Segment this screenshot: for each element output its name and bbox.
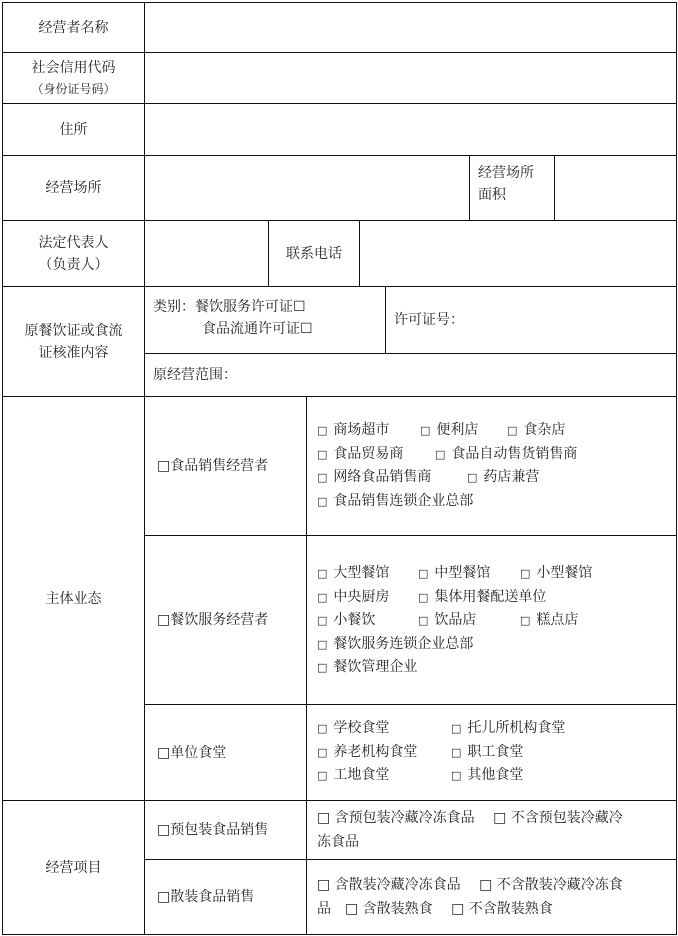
main-business-label-text: 主体业态 bbox=[46, 588, 102, 610]
canteen-label: □单位食堂 bbox=[157, 742, 226, 764]
option-label: 商场超市 bbox=[333, 422, 389, 438]
option-label: 其他食堂 bbox=[467, 767, 523, 783]
option-small-eatery[interactable]: □小餐饮 bbox=[317, 609, 418, 633]
prepackaged-sales-checkbox[interactable]: □预包装食品销售 bbox=[144, 800, 307, 860]
premises-area-label-line2: 面积 bbox=[478, 184, 546, 206]
option-bakery[interactable]: □糕点店 bbox=[520, 609, 578, 633]
original-license-label: 原餐饮证或食流 证核准内容 bbox=[2, 286, 145, 397]
option-label: 养老机构食堂 bbox=[333, 744, 417, 760]
original-scope-label: 原经营范围： bbox=[153, 364, 237, 386]
checkbox-icon[interactable]: □ bbox=[507, 424, 517, 437]
checkbox-icon[interactable]: □ bbox=[317, 746, 327, 759]
option-nursery-canteen[interactable]: □托儿所机构食堂 bbox=[451, 717, 565, 741]
option-label: 托儿所机构食堂 bbox=[467, 720, 565, 736]
bulk-sales-label: □散装食品销售 bbox=[157, 886, 254, 908]
option-label: 餐饮管理企业 bbox=[333, 659, 417, 675]
catering-options: □大型餐馆□中型餐馆□小型餐馆 □中央厨房□集体用餐配送单位 □小餐饮□饮品店□… bbox=[306, 535, 677, 705]
option-row: □大型餐馆□中型餐馆□小型餐馆 bbox=[317, 562, 666, 586]
option-chain-hq[interactable]: □食品销售连锁企业总部 bbox=[317, 490, 473, 514]
checkbox-icon[interactable]: □ bbox=[451, 722, 461, 735]
catering-operator-label: □餐饮服务经营者 bbox=[157, 609, 268, 631]
checkbox-icon[interactable]: □ bbox=[317, 591, 327, 604]
license-number-label: 许可证号： bbox=[394, 309, 464, 331]
premises-area-label: 经营场所 面积 bbox=[469, 155, 555, 221]
residence-label: 住所 bbox=[2, 103, 145, 156]
option-label: 食品自动售货销售商 bbox=[451, 446, 577, 462]
option-row: □养老机构食堂□职工食堂 bbox=[317, 741, 666, 765]
option-staff-canteen[interactable]: □职工食堂 bbox=[451, 741, 523, 765]
checkbox-icon[interactable]: □ bbox=[451, 746, 461, 759]
checkbox-icon[interactable]: □ bbox=[451, 769, 461, 782]
prepackaged-options-line1[interactable]: □ 含预包装冷藏冷冻食品 □ 不含预包装冷藏冷 bbox=[317, 807, 666, 831]
option-pharmacy[interactable]: □药店兼营 bbox=[467, 466, 539, 490]
credit-code-label: 社会信用代码 （身份证号码） bbox=[2, 52, 145, 104]
credit-code-field[interactable] bbox=[144, 52, 677, 104]
category-option-food-circulation[interactable]: 食品流通许可证☐ bbox=[202, 321, 313, 337]
option-supermarket[interactable]: □商场超市 bbox=[317, 419, 420, 443]
option-construction-canteen[interactable]: □工地食堂 bbox=[317, 764, 451, 788]
checkbox-icon[interactable]: □ bbox=[317, 661, 327, 674]
checkbox-icon[interactable]: □ bbox=[317, 638, 327, 651]
main-business-label: 主体业态 bbox=[2, 396, 145, 801]
legal-rep-label: 法定代表人 （负责人） bbox=[2, 220, 145, 287]
option-catering-management[interactable]: □餐饮管理企业 bbox=[317, 656, 417, 680]
option-meal-delivery[interactable]: □集体用餐配送单位 bbox=[418, 586, 546, 610]
option-label: 职工食堂 bbox=[467, 744, 523, 760]
bulk-options[interactable]: □ 含散装冷藏冷冻食品 □ 不含散装冷藏冷冻食 品 □ 含散装熟食 □ 不含散装… bbox=[306, 859, 677, 935]
residence-label-text: 住所 bbox=[60, 119, 88, 141]
phone-field[interactable] bbox=[359, 220, 677, 287]
business-project-label: 经营项目 bbox=[2, 800, 145, 935]
option-label: 集体用餐配送单位 bbox=[434, 589, 546, 605]
option-row: □食品销售连锁企业总部 bbox=[317, 490, 666, 514]
option-large-restaurant[interactable]: □大型餐馆 bbox=[317, 562, 418, 586]
option-label: 大型餐馆 bbox=[333, 565, 389, 581]
option-label: 学校食堂 bbox=[333, 720, 389, 736]
legal-rep-label-line2: （负责人） bbox=[39, 254, 109, 276]
checkbox-icon[interactable]: □ bbox=[520, 614, 530, 627]
checkbox-icon[interactable]: □ bbox=[435, 448, 445, 461]
option-label: 工地食堂 bbox=[333, 767, 389, 783]
residence-field[interactable] bbox=[144, 103, 677, 156]
prepackaged-sales-label: □预包装食品销售 bbox=[157, 819, 268, 841]
option-label: 中型餐馆 bbox=[434, 565, 490, 581]
option-row: □工地食堂□其他食堂 bbox=[317, 764, 666, 788]
prepackaged-options[interactable]: □ 含预包装冷藏冷冻食品 □ 不含预包装冷藏冷 冻食品 bbox=[306, 800, 677, 860]
option-beverage-shop[interactable]: □饮品店 bbox=[418, 609, 520, 633]
option-food-trader[interactable]: □食品贸易商 bbox=[317, 443, 435, 467]
canteen-checkbox[interactable]: □单位食堂 bbox=[144, 704, 307, 801]
checkbox-icon[interactable]: □ bbox=[317, 567, 327, 580]
option-label: 网络食品销售商 bbox=[333, 469, 431, 485]
checkbox-icon[interactable]: □ bbox=[467, 471, 477, 484]
option-label: 食品销售连锁企业总部 bbox=[333, 493, 473, 509]
option-vending[interactable]: □食品自动售货销售商 bbox=[435, 443, 577, 467]
option-label: 小餐饮 bbox=[333, 612, 375, 628]
option-row: □学校食堂□托儿所机构食堂 bbox=[317, 717, 666, 741]
food-sales-operator-label: □食品销售经营者 bbox=[157, 455, 268, 477]
option-label: 便利店 bbox=[436, 422, 478, 438]
premises-label: 经营场所 bbox=[2, 155, 145, 221]
option-row: □商场超市□便利店□食杂店 bbox=[317, 419, 666, 443]
catering-operator-checkbox[interactable]: □餐饮服务经营者 bbox=[144, 535, 307, 705]
bulk-options-line1[interactable]: □ 含散装冷藏冷冻食品 □ 不含散装冷藏冷冻食 bbox=[317, 874, 666, 898]
option-row: □中央厨房□集体用餐配送单位 bbox=[317, 586, 666, 610]
option-label: 小型餐馆 bbox=[536, 565, 592, 581]
original-license-label-line1: 原餐饮证或食流 bbox=[25, 320, 123, 342]
operator-name-field[interactable] bbox=[144, 2, 677, 53]
checkbox-icon[interactable]: □ bbox=[317, 471, 327, 484]
option-label: 药店兼营 bbox=[483, 469, 539, 485]
original-scope-field[interactable]: 原经营范围： bbox=[144, 353, 677, 397]
option-row: □餐饮管理企业 bbox=[317, 656, 666, 680]
checkbox-icon[interactable]: □ bbox=[418, 591, 428, 604]
premises-area-field[interactable] bbox=[554, 155, 677, 221]
license-category-line2: 食品流通许可证☐ bbox=[153, 318, 385, 340]
option-online-seller[interactable]: □网络食品销售商 bbox=[317, 466, 467, 490]
checkbox-icon[interactable]: □ bbox=[317, 495, 327, 508]
canteen-options: □学校食堂□托儿所机构食堂 □养老机构食堂□职工食堂 □工地食堂□其他食堂 bbox=[306, 704, 677, 801]
business-project-label-text: 经营项目 bbox=[46, 857, 102, 879]
option-central-kitchen[interactable]: □中央厨房 bbox=[317, 586, 418, 610]
operator-name-label: 经营者名称 bbox=[2, 2, 145, 53]
option-row: □食品贸易商□食品自动售货销售商 bbox=[317, 443, 666, 467]
license-category-line1: 类别：餐饮服务许可证☐ bbox=[153, 296, 385, 318]
food-sales-operator-checkbox[interactable]: □食品销售经营者 bbox=[144, 396, 307, 536]
credit-code-sublabel: （身份证号码） bbox=[31, 79, 115, 99]
checkbox-icon[interactable]: □ bbox=[317, 722, 327, 735]
original-license-label-line2: 证核准内容 bbox=[39, 342, 109, 364]
checkbox-icon[interactable]: □ bbox=[317, 614, 327, 627]
checkbox-icon[interactable]: □ bbox=[520, 567, 530, 580]
checkbox-icon[interactable]: □ bbox=[418, 614, 428, 627]
option-small-restaurant[interactable]: □小型餐馆 bbox=[520, 562, 592, 586]
option-catering-chain-hq[interactable]: □餐饮服务连锁企业总部 bbox=[317, 633, 473, 657]
license-category-cell: 类别：餐饮服务许可证☐ 食品流通许可证☐ bbox=[144, 286, 386, 354]
phone-label: 联系电话 bbox=[268, 220, 360, 287]
option-row: □网络食品销售商□药店兼营 bbox=[317, 466, 666, 490]
checkbox-icon[interactable]: □ bbox=[420, 424, 430, 437]
checkbox-icon[interactable]: □ bbox=[317, 769, 327, 782]
option-label: 糕点店 bbox=[536, 612, 578, 628]
legal-rep-field[interactable] bbox=[144, 220, 269, 287]
option-school-canteen[interactable]: □学校食堂 bbox=[317, 717, 451, 741]
premises-field[interactable] bbox=[144, 155, 470, 221]
option-label: 饮品店 bbox=[434, 612, 476, 628]
option-row: □小餐饮□饮品店□糕点店 bbox=[317, 609, 666, 633]
option-grocery[interactable]: □食杂店 bbox=[507, 419, 565, 443]
legal-rep-label-line1: 法定代表人 bbox=[39, 232, 109, 254]
option-medium-restaurant[interactable]: □中型餐馆 bbox=[418, 562, 520, 586]
credit-code-label-text: 社会信用代码 bbox=[32, 57, 116, 79]
bulk-options-line2[interactable]: 品 □ 含散装熟食 □ 不含散装熟食 bbox=[317, 898, 666, 922]
checkbox-icon[interactable]: □ bbox=[418, 567, 428, 580]
category-option-catering[interactable]: 餐饮服务许可证☐ bbox=[195, 299, 306, 315]
option-row: □餐饮服务连锁企业总部 bbox=[317, 633, 666, 657]
option-label: 食杂店 bbox=[523, 422, 565, 438]
prepackaged-options-line2: 冻食品 bbox=[317, 831, 666, 855]
premises-area-label-line1: 经营场所 bbox=[478, 162, 546, 184]
food-sales-options: □商场超市□便利店□食杂店 □食品贸易商□食品自动售货销售商 □网络食品销售商□… bbox=[306, 396, 677, 536]
category-prefix: 类别： bbox=[153, 299, 195, 315]
premises-label-text: 经营场所 bbox=[46, 177, 102, 199]
operator-name-label-text: 经营者名称 bbox=[39, 17, 109, 39]
option-label: 食品贸易商 bbox=[333, 446, 403, 462]
checkbox-icon[interactable]: □ bbox=[317, 448, 327, 461]
phone-label-text: 联系电话 bbox=[286, 243, 342, 265]
license-number-field[interactable]: 许可证号： bbox=[385, 286, 677, 354]
option-label: 中央厨房 bbox=[333, 589, 389, 605]
option-convenience-store[interactable]: □便利店 bbox=[420, 419, 507, 443]
checkbox-icon[interactable]: □ bbox=[317, 424, 327, 437]
option-label: 餐饮服务连锁企业总部 bbox=[333, 636, 473, 652]
bulk-sales-checkbox[interactable]: □散装食品销售 bbox=[144, 859, 307, 935]
option-elderly-canteen[interactable]: □养老机构食堂 bbox=[317, 741, 451, 765]
option-other-canteen[interactable]: □其他食堂 bbox=[451, 764, 523, 788]
